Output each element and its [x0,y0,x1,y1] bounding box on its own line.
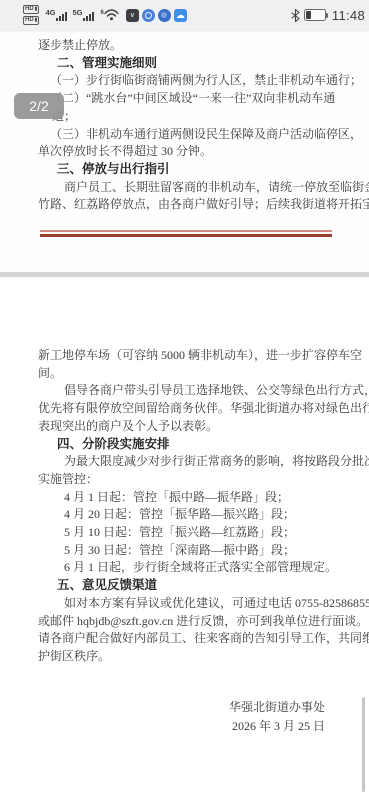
status-bar-right: 11:48 [291,8,365,23]
blue-globe-app-icon [158,9,171,22]
battery-level [306,11,311,19]
notification-app-icons: ∨ ☁ [126,9,187,22]
hd2-label: HD [25,17,34,24]
red-rule-thick [40,234,332,237]
signal-bars-icon [83,9,95,21]
document-text-line: 间。 [38,365,331,383]
document-text-line: 逐步禁止停放。 [38,37,331,55]
sim1-icon: ▮ [35,7,38,12]
wifi-indicator: 6 [100,9,118,21]
network-5g-label: 5G [72,9,82,17]
page-indicator-badge: 2/2 [14,93,64,119]
document-text-line: 实施管控： [38,471,331,489]
cloud-app-icon: ☁ [174,9,187,22]
document-text-line: 如对本方案有异议或优化建议，可通过电话 0755-82586855 [38,595,331,613]
document-text-line: 倡导各商户带头引导员工选择地铁、公交等绿色出行方式， [38,382,331,400]
red-rule-thin [40,230,332,232]
document-text-line: 四、分阶段实施安排 [38,436,331,454]
globe-highlight [161,12,167,18]
sim2-icon: ▮ [35,18,38,23]
document-text-line: 优先将有限停放空间留给商务伙伴。华强北街道办将对绿色出行 [38,400,331,418]
page2-text-block: 新工地停车场（可容纳 5000 辆非机动车），进一步扩容停车空间。倡导各商户带头… [0,347,369,666]
document-text-line: 5 月 30 日起：管控「深南路—振中路」段； [38,542,331,560]
document-text-line: 5 月 10 日起：管控「振兴路—红荔路」段； [38,524,331,542]
signal-5g: 5G [72,9,95,22]
check-glyph: ∨ [130,12,135,19]
document-text-line: （三）非机动车通行道两侧设民生保障及商户活动临停区， [38,126,331,144]
document-text-line: 商户员工、长期驻留客商的非机动车，请统一停放至临街金 [38,179,331,197]
hd1-label: HD [25,6,34,13]
document-text-line: 为最大限度减少对步行街正常商务的影响，将按路段分批次 [38,453,331,471]
dark-app-icon: ∨ [126,9,139,22]
document-text-line: 或邮件 hqbjdb@szft.gov.cn 进行反馈，亦可到我单位进行面谈。 [38,613,331,631]
phone-screen: HD▮ HD▮ 4G 5G [0,0,369,800]
document-text-line: （二）“跳水台”中间区域设“一来一往”双向非机动车通 [38,90,331,108]
clock-time: 11:48 [332,8,365,23]
scrollbar-thumb[interactable] [362,697,365,792]
document-text-line: 6 月 1 日起，步行街全域将正式落实全部管理规定。 [38,559,331,577]
issue-date: 2026 年 3 月 25 日 [0,717,325,737]
wifi-icon [104,9,119,21]
document-text-line: 4 月 1 日起：管控「振中路—振华路」段； [38,489,331,507]
document-text-line: 表现突出的商户及个人予以表彰。 [38,418,331,436]
document-text-line: （一）步行街临街商铺两侧为行人区，禁止非机动车通行； [38,72,331,90]
document-text-line: 请各商户配合做好内部员工、往来客商的告知引导工作，共同维 [38,630,331,648]
document-text-line: 二、管理实施细则 [38,55,331,73]
document-text-line: 4 月 20 日起：管控「振华路—振兴路」段； [38,506,331,524]
issuing-office: 华强北街道办事处 [0,698,325,718]
document-text-line: 新工地停车场（可容纳 5000 辆非机动车），进一步扩容停车空 [38,347,331,365]
document-text-line: 单次停放时长不得超过 30 分钟。 [38,143,331,161]
bluetooth-icon [291,9,300,22]
document-text-line: 三、停放与出行指引 [38,161,331,179]
signal-bars-icon [56,9,68,21]
inner-dot [145,12,152,19]
battery-nub [326,13,328,18]
hd-sim2-badge: HD▮ [23,16,39,25]
hd-sim1-badge: HD▮ [23,5,39,14]
signal-4g: 4G [45,9,68,22]
signature-block: 华强北街道办事处 2026 年 3 月 25 日 [0,698,369,737]
battery-icon [304,9,326,21]
document-text-line: 道； [38,108,331,126]
status-bar: HD▮ HD▮ 4G 5G [0,0,369,30]
document-text-line: 护街区秩序。 [38,648,331,666]
document-text-line: 竹路、红荔路停放点，由各商户做好引导；后续我街道将开拓宝 [38,196,331,214]
document-text-line: 五、意见反馈渠道 [38,577,331,595]
document-viewer[interactable]: 逐步禁止停放。二、管理实施细则（一）步行街临街商铺两侧为行人区，禁止非机动车通行… [0,30,369,800]
volte-hd-badges: HD▮ HD▮ [23,5,39,25]
page1-text-block: 逐步禁止停放。二、管理实施细则（一）步行街临街商铺两侧为行人区，禁止非机动车通行… [0,37,369,214]
red-divider-rule [40,230,332,237]
network-4g-label: 4G [45,9,55,17]
status-bar-left: HD▮ HD▮ 4G 5G [23,5,187,25]
blue-circle-app-icon [142,9,155,22]
cloud-glyph: ☁ [176,11,185,20]
document-page-2: 新工地停车场（可容纳 5000 辆非机动车），进一步扩容停车空间。倡导各商户带头… [0,277,369,800]
